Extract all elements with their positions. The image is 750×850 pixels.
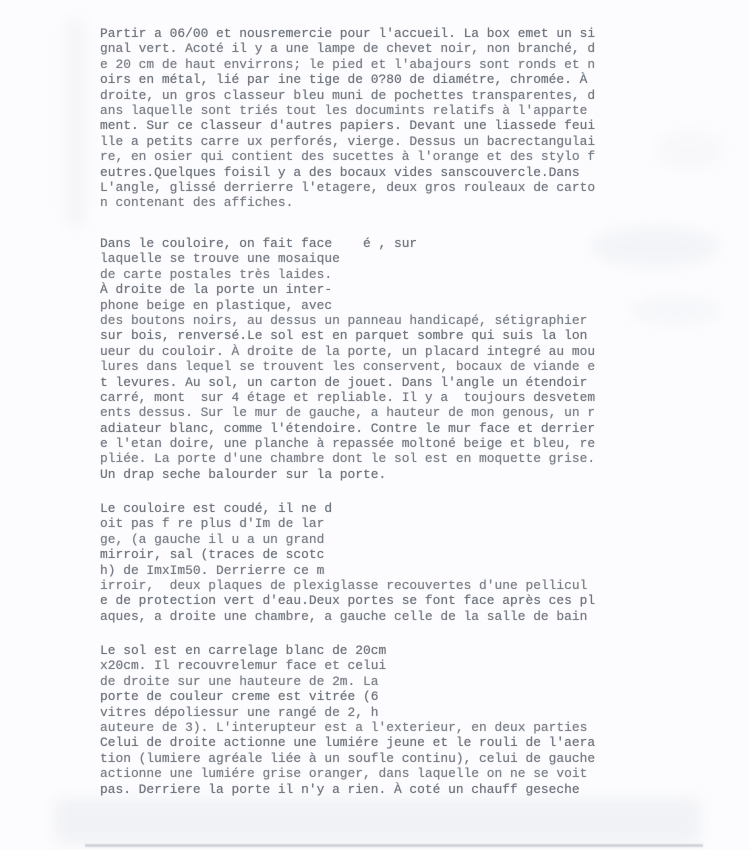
text-line: ge, (a gauche il u a un grand <box>100 532 595 547</box>
text-line: porte de couleur creme est vitrée (6 <box>100 689 595 704</box>
text-line: irroir, deux plaques de plexiglasse reco… <box>100 578 595 593</box>
text-line: h) de ImxIm50. Derrierre ce m <box>100 563 595 578</box>
text-line: lures dans lequel se trouvent les conser… <box>100 359 595 374</box>
text-line: tion (lumiere agréale liée à un soufle c… <box>100 751 595 766</box>
text-line: t levures. Au sol, un carton de jouet. D… <box>100 375 595 390</box>
text-line: gnal vert. Acoté il y a une lampe de che… <box>100 41 595 56</box>
text-line: ueur du couloir. À droite de la porte, u… <box>100 344 595 359</box>
text-line: oit pas f re plus d'Im de lar <box>100 516 595 531</box>
text-line: de droite sur une hauteure de 2m. La <box>100 674 595 689</box>
scan-shadow-band <box>55 798 700 844</box>
text-line: Un drap seche balourder sur la porte. <box>100 467 595 482</box>
text-line: e 20 cm de haut envirrons; le pied et l'… <box>100 57 595 72</box>
paragraph-4: Le sol est en carrelage blanc de 20cmx20… <box>100 643 595 797</box>
text-line: e l'etan doire, une planche à repassée m… <box>100 436 595 451</box>
scanned-typewritten-page: Partir a 06/00 et nousremercie pour l'ac… <box>0 0 750 850</box>
text-line: pas. Derriere la porte il n'y a rien. À … <box>100 782 595 797</box>
text-line: L'angle, glissé derrierre l'etagere, deu… <box>100 180 595 195</box>
paragraph-1: Partir a 06/00 et nousremercie pour l'ac… <box>100 26 595 211</box>
text-line: auteure de 3). L'interupteur est a l'ext… <box>100 720 595 735</box>
paragraph-3: Le couloire est coudé, il ne doit pas f … <box>100 501 595 624</box>
text-line: sur bois, renversé.Le sol est en parquet… <box>100 328 595 343</box>
text-line: de carte postales très laides. <box>100 267 595 282</box>
text-line: phone beige en plastique, avec <box>100 298 595 313</box>
paper-bottom-edge <box>85 844 703 847</box>
text-line: vitres dépoliessur une rangé de 2, h <box>100 705 595 720</box>
text-line: ment. Sur ce classeur d'autres papiers. … <box>100 118 595 133</box>
text-line: Partir a 06/00 et nousremercie pour l'ac… <box>100 26 595 41</box>
text-line: x20cm. Il recouvrelemur face et celui <box>100 658 595 673</box>
text-line: laquelle se trouve une mosaique <box>100 251 595 266</box>
text-line: oirs en métal, lié par ine tige de 0?80 … <box>100 72 595 87</box>
text-line: À droite de la porte un inter- <box>100 282 595 297</box>
scan-smudge <box>630 296 720 326</box>
text-line: aques, a droite une chambre, a gauche ce… <box>100 609 595 624</box>
text-line: ans laquelle sont triés tout les documin… <box>100 103 595 118</box>
text-line: carré, mont sur 4 étage et repliable. Il… <box>100 390 595 405</box>
text-line: Dans le couloire, on fait face é , sur <box>100 236 595 251</box>
text-line: lle a petits carre ux perforés, vierge. … <box>100 134 595 149</box>
text-line: re, en osier qui contient des sucettes à… <box>100 149 595 164</box>
text-line: actionne une lumiére grise oranger, dans… <box>100 766 595 781</box>
scan-smudge <box>64 18 86 228</box>
text-line: eutres.Quelques foisil y a des bocaux vi… <box>100 165 595 180</box>
text-line: des boutons noirs, au dessus un panneau … <box>100 313 595 328</box>
scan-smudge <box>590 226 720 268</box>
text-line: adiateur blanc, comme l'étendoire. Contr… <box>100 421 595 436</box>
text-line: droite, un gros classeur bleu muni de po… <box>100 88 595 103</box>
paragraph-2: Dans le couloire, on fait face é , surla… <box>100 236 595 482</box>
text-line: e de protection vert d'eau.Deux portes s… <box>100 593 595 608</box>
text-line: Celui de droite actionne une lumiére jeu… <box>100 735 595 750</box>
text-line: mirroir, sal (traces de scotc <box>100 547 595 562</box>
text-line: pliée. La porte d'une chambre dont le so… <box>100 451 595 466</box>
text-line: n contenant des affiches. <box>100 195 595 210</box>
text-line: ents dessus. Sur le mur de gauche, a hau… <box>100 405 595 420</box>
scan-smudge <box>655 130 725 170</box>
text-line: Le couloire est coudé, il ne d <box>100 501 595 516</box>
text-line: Le sol est en carrelage blanc de 20cm <box>100 643 595 658</box>
